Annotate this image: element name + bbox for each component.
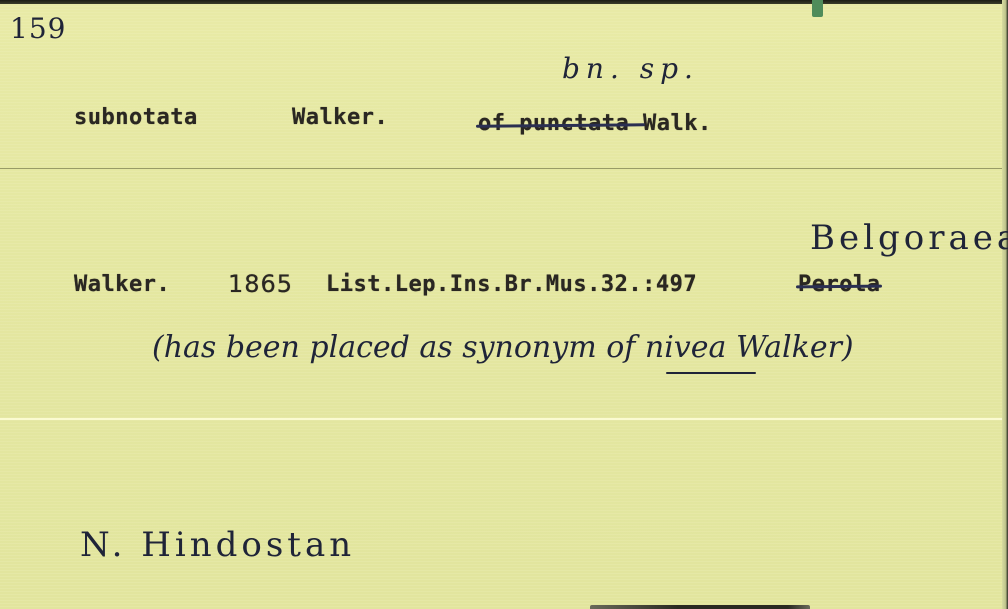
- green-tab-marker: [812, 0, 823, 17]
- header-divider-line: [0, 168, 1002, 169]
- card-bottom-shadow: [590, 605, 810, 609]
- annotation-bn-sp: bn. sp.: [562, 52, 699, 85]
- original-combination-struck-name: punctata: [519, 111, 629, 136]
- species-author: Walker.: [292, 105, 388, 130]
- original-combination-suffix: Walk.: [643, 111, 712, 136]
- synonym-note: (has been placed as synonym of nivea Wal…: [152, 330, 854, 365]
- genus-struck: Perola: [798, 272, 880, 297]
- original-combination: of punctata Walk.: [478, 111, 712, 136]
- reference-year: 1865: [228, 270, 293, 298]
- locality: N. Hindostan: [80, 525, 355, 565]
- species-name: subnotata: [74, 105, 198, 130]
- genus-handwritten: Belgoraea: [810, 218, 1008, 258]
- index-card: 159 subnotata Walker. of punctata Walk. …: [0, 0, 1008, 609]
- original-combination-prefix: of: [478, 111, 506, 136]
- synonym-note-suffix: Walker): [726, 330, 853, 365]
- reference-citation: List.Lep.Ins.Br.Mus.32.:497: [326, 272, 697, 297]
- nivea-underline: [666, 372, 756, 374]
- reference-author: Walker.: [74, 272, 170, 297]
- struck-genus-name: Perola: [798, 272, 880, 297]
- struck-original-combination: of punctata: [478, 111, 643, 136]
- section-divider-line: [0, 418, 1002, 420]
- card-top-edge: [0, 0, 1008, 4]
- synonym-note-nivea: nivea: [645, 330, 727, 365]
- card-number: 159: [10, 12, 66, 45]
- synonym-note-prefix: (has been placed as synonym of: [152, 330, 645, 365]
- card-right-edge: [1002, 0, 1008, 609]
